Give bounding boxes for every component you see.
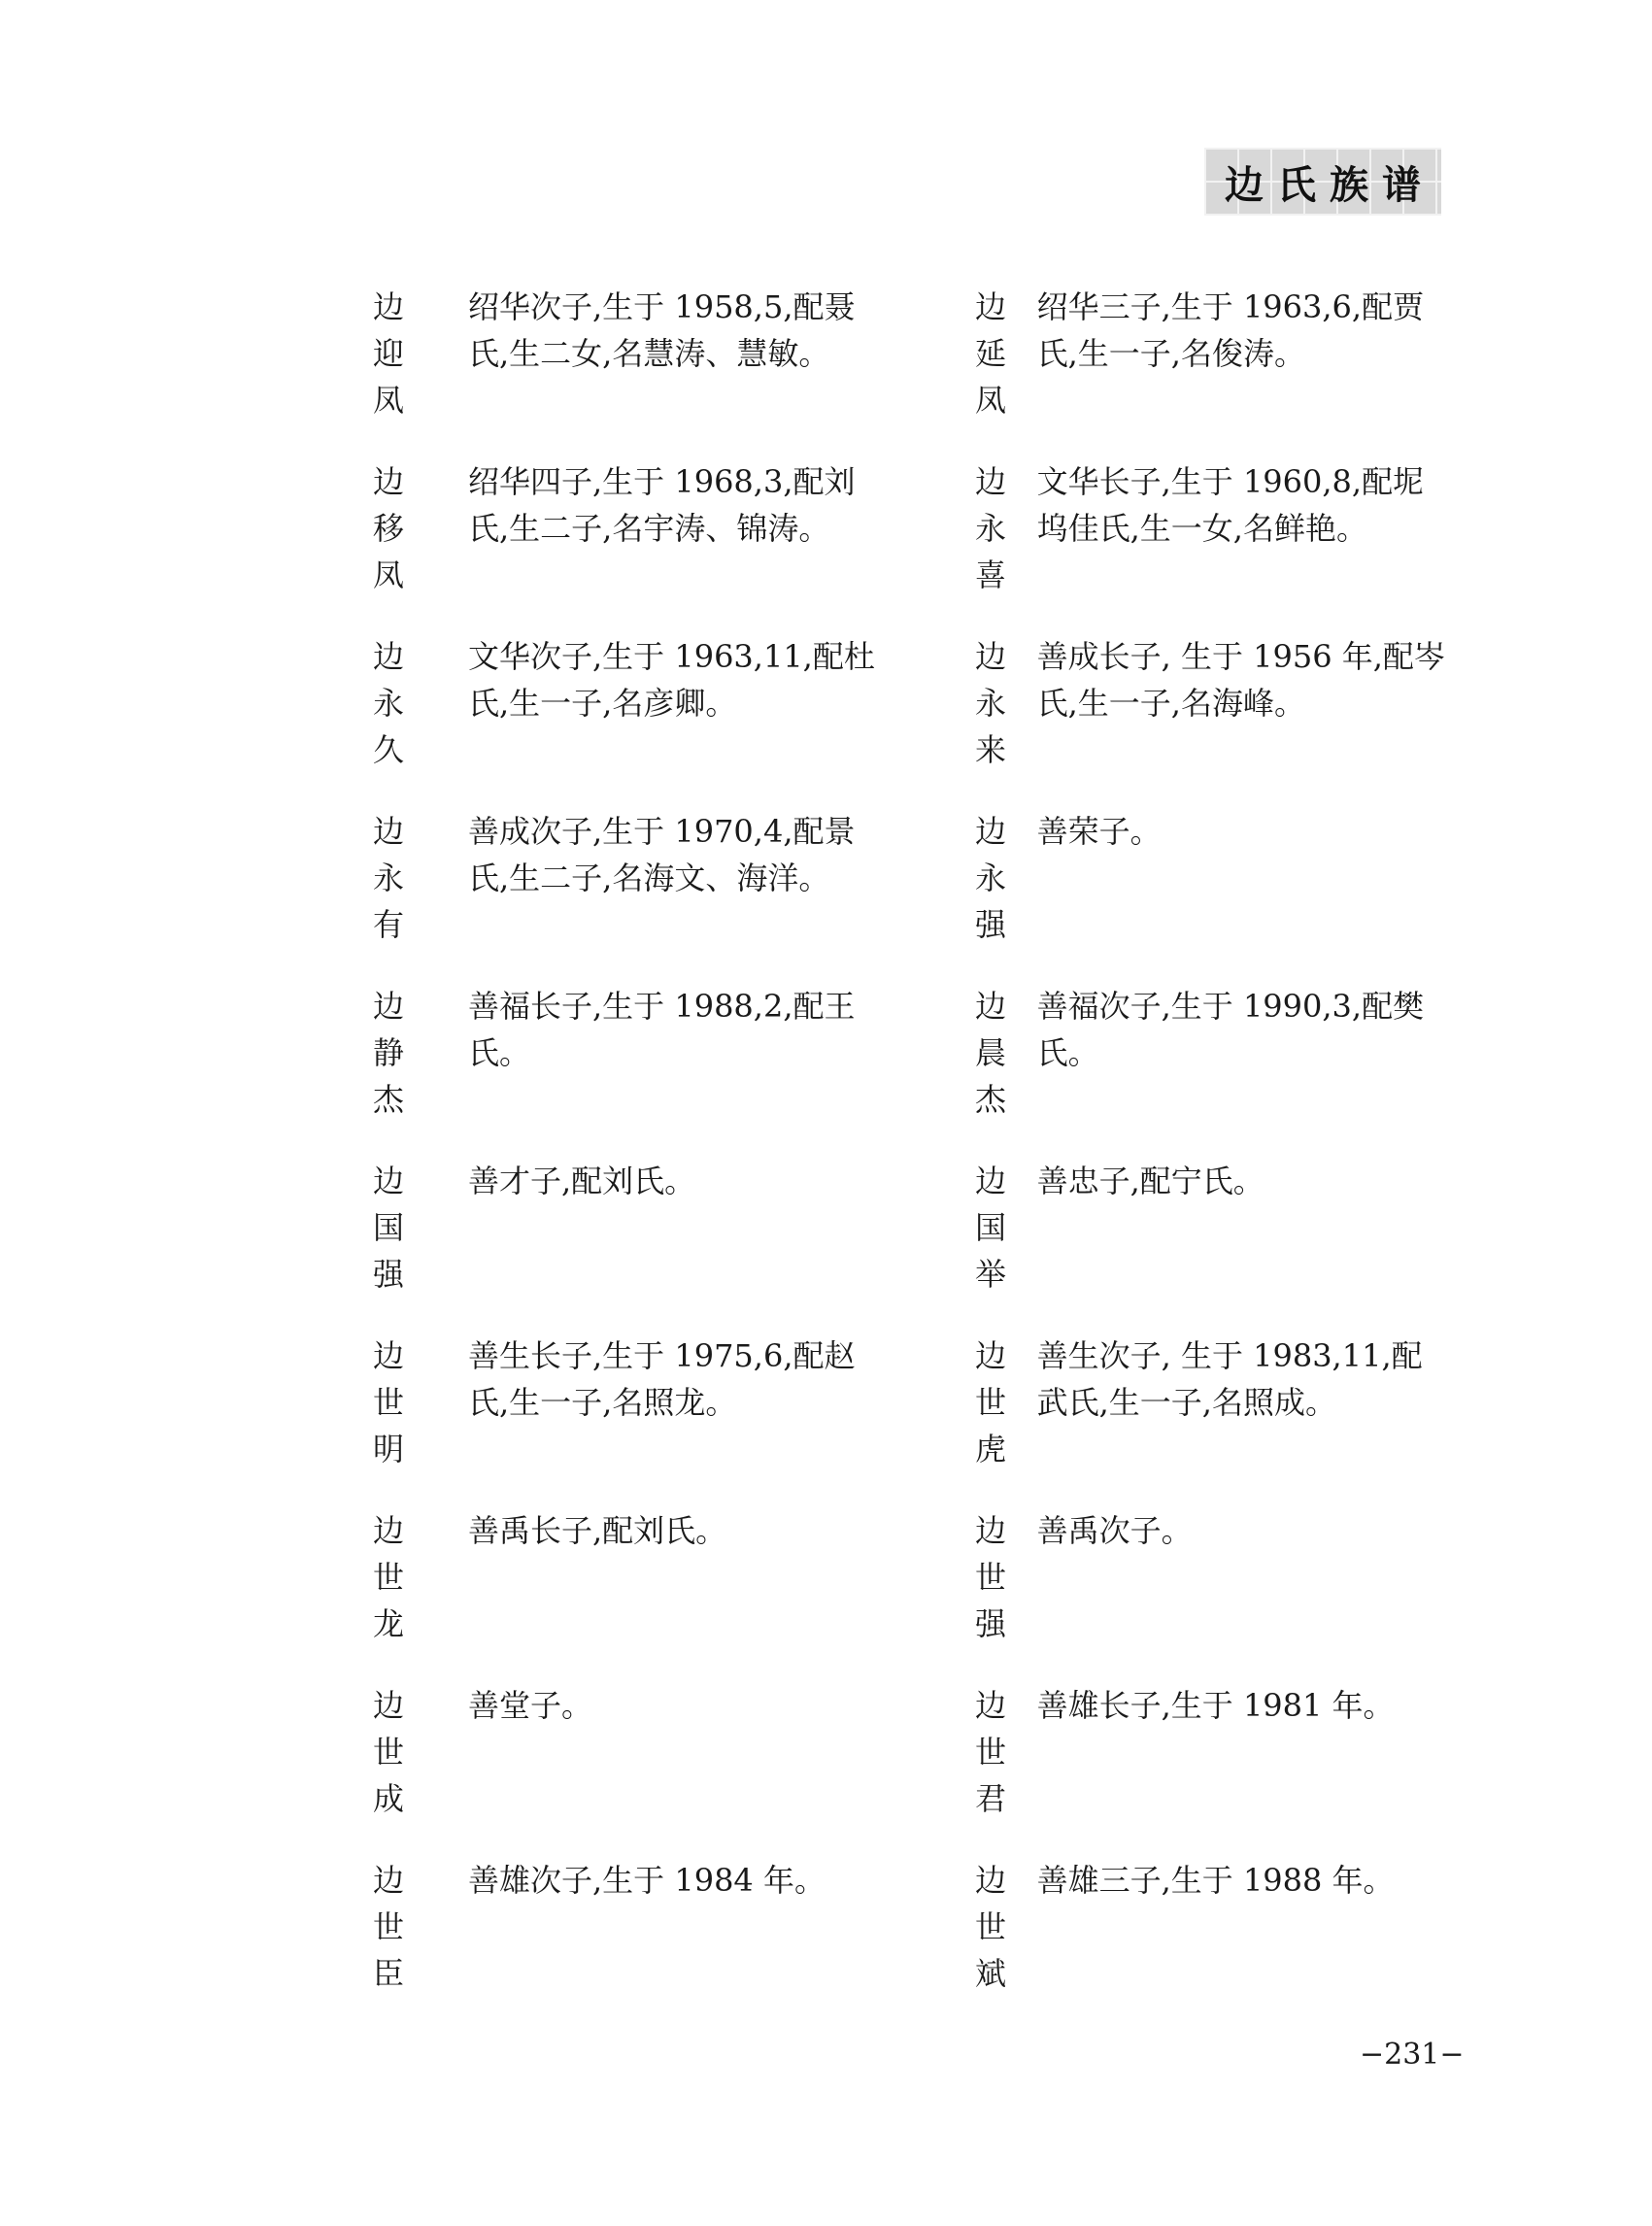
person-name: 边永强: [975, 808, 1022, 983]
name-character: 国: [975, 1204, 1022, 1251]
genealogy-entry: 边国强善才子,配刘氏。: [373, 1158, 975, 1332]
entry-row: 边永久文华次子,生于 1963,11,配杜氏,生一子,名彦卿。边永来善成长子, …: [373, 633, 1451, 808]
name-character: 永: [975, 680, 1022, 726]
name-character: 凤: [975, 377, 1022, 423]
name-character: 边: [373, 633, 420, 680]
genealogy-entry: 边永久文华次子,生于 1963,11,配杜氏,生一子,名彦卿。: [373, 633, 975, 808]
person-name: 边迎凤: [373, 284, 420, 458]
person-description: 绍华次子,生于 1958,5,配聂氏,生二女,名慧涛、慧敏。: [468, 284, 876, 458]
name-character: 边: [373, 1857, 420, 1904]
person-description: 善福长子,生于 1988,2,配王氏。: [468, 983, 876, 1158]
name-character: 边: [975, 983, 1022, 1029]
name-character: 世: [975, 1904, 1022, 1950]
name-character: 边: [975, 284, 1022, 330]
name-character: 喜: [975, 552, 1022, 598]
person-description: 善才子,配刘氏。: [468, 1158, 876, 1332]
person-name: 边静杰: [373, 983, 420, 1158]
person-description: 绍华四子,生于 1968,3,配刘氏,生二子,名宇涛、锦涛。: [468, 458, 876, 633]
genealogy-entry: 边世臣善雄次子,生于 1984 年。: [373, 1857, 975, 2032]
name-character: 凤: [373, 377, 420, 423]
entry-row: 边永有善成次子,生于 1970,4,配景氏,生二子,名海文、海洋。边永强善荣子。: [373, 808, 1451, 983]
name-character: 明: [373, 1426, 420, 1472]
name-character: 边: [373, 1158, 420, 1204]
name-character: 臣: [373, 1950, 420, 1997]
genealogy-entry: 边国举善忠子,配宁氏。: [975, 1158, 1451, 1332]
person-description: 善禹次子。: [1037, 1507, 1451, 1682]
person-name: 边世强: [975, 1507, 1022, 1682]
name-character: 有: [373, 901, 420, 948]
person-description: 善福次子,生于 1990,3,配樊氏。: [1037, 983, 1451, 1158]
name-character: 凤: [373, 552, 420, 598]
entry-row: 边世成善堂子。边世君善雄长子,生于 1981 年。: [373, 1682, 1451, 1857]
genealogy-entry: 边永喜文华长子,生于 1960,8,配坭坞佳氏,生一女,名鲜艳。: [975, 458, 1451, 633]
header-banner: 边氏族谱: [1204, 148, 1441, 216]
name-character: 国: [373, 1204, 420, 1251]
name-character: 晨: [975, 1029, 1022, 1076]
person-name: 边世成: [373, 1682, 420, 1857]
person-description: 善堂子。: [468, 1682, 876, 1857]
person-name: 边世君: [975, 1682, 1022, 1857]
person-description: 善禹长子,配刘氏。: [468, 1507, 876, 1682]
name-character: 世: [975, 1379, 1022, 1426]
name-character: 强: [975, 901, 1022, 948]
genealogy-entry: 边迎凤绍华次子,生于 1958,5,配聂氏,生二女,名慧涛、慧敏。: [373, 284, 975, 458]
name-character: 永: [373, 855, 420, 901]
name-character: 永: [975, 505, 1022, 552]
name-character: 边: [975, 633, 1022, 680]
person-name: 边永喜: [975, 458, 1022, 633]
genealogy-entry: 边世斌善雄三子,生于 1988 年。: [975, 1857, 1451, 2032]
name-character: 延: [975, 330, 1022, 377]
genealogy-entry: 边永强善荣子。: [975, 808, 1451, 983]
page-title: 边氏族谱: [1211, 154, 1434, 210]
person-name: 边世臣: [373, 1857, 420, 2032]
genealogy-entry: 边世明善生长子,生于 1975,6,配赵氏,生一子,名照龙。: [373, 1332, 975, 1507]
name-character: 世: [975, 1554, 1022, 1601]
name-character: 强: [373, 1251, 420, 1298]
name-character: 边: [373, 1682, 420, 1729]
genealogy-entries: 边迎凤绍华次子,生于 1958,5,配聂氏,生二女,名慧涛、慧敏。边延凤绍华三子…: [373, 284, 1451, 2032]
name-character: 杰: [975, 1076, 1022, 1123]
genealogy-entry: 边世强善禹次子。: [975, 1507, 1451, 1682]
entry-row: 边静杰善福长子,生于 1988,2,配王氏。边晨杰善福次子,生于 1990,3,…: [373, 983, 1451, 1158]
person-description: 善生长子,生于 1975,6,配赵氏,生一子,名照龙。: [468, 1332, 876, 1507]
genealogy-entry: 边延凤绍华三子,生于 1963,6,配贾氏,生一子,名俊涛。: [975, 284, 1451, 458]
genealogy-entry: 边世君善雄长子,生于 1981 年。: [975, 1682, 1451, 1857]
entry-row: 边世臣善雄次子,生于 1984 年。边世斌善雄三子,生于 1988 年。: [373, 1857, 1451, 2032]
name-character: 永: [975, 855, 1022, 901]
person-description: 善成长子, 生于 1956 年,配岑氏,生一子,名海峰。: [1037, 633, 1451, 808]
entry-row: 边国强善才子,配刘氏。边国举善忠子,配宁氏。: [373, 1158, 1451, 1332]
name-character: 静: [373, 1029, 420, 1076]
person-name: 边晨杰: [975, 983, 1022, 1158]
name-character: 边: [975, 1332, 1022, 1379]
name-character: 边: [373, 1332, 420, 1379]
name-character: 边: [975, 1682, 1022, 1729]
page-number: −231−: [1360, 2038, 1465, 2072]
name-character: 边: [373, 983, 420, 1029]
name-character: 迎: [373, 330, 420, 377]
name-character: 举: [975, 1251, 1022, 1298]
name-character: 强: [975, 1601, 1022, 1647]
name-character: 斌: [975, 1950, 1022, 1997]
name-character: 世: [373, 1729, 420, 1775]
name-character: 龙: [373, 1601, 420, 1647]
entry-row: 边世龙善禹长子,配刘氏。边世强善禹次子。: [373, 1507, 1451, 1682]
person-description: 文华长子,生于 1960,8,配坭坞佳氏,生一女,名鲜艳。: [1037, 458, 1451, 633]
genealogy-entry: 边世成善堂子。: [373, 1682, 975, 1857]
name-character: 移: [373, 505, 420, 552]
person-description: 善雄次子,生于 1984 年。: [468, 1857, 876, 2032]
person-name: 边永有: [373, 808, 420, 983]
genealogy-entry: 边移凤绍华四子,生于 1968,3,配刘氏,生二子,名宇涛、锦涛。: [373, 458, 975, 633]
name-character: 边: [975, 808, 1022, 855]
person-name: 边国举: [975, 1158, 1022, 1332]
person-description: 文华次子,生于 1963,11,配杜氏,生一子,名彦卿。: [468, 633, 876, 808]
name-character: 世: [975, 1729, 1022, 1775]
person-description: 善荣子。: [1037, 808, 1451, 983]
name-character: 永: [373, 680, 420, 726]
name-character: 久: [373, 726, 420, 773]
person-name: 边世斌: [975, 1857, 1022, 2032]
name-character: 世: [373, 1379, 420, 1426]
person-name: 边世龙: [373, 1507, 420, 1682]
person-description: 善生次子, 生于 1983,11,配武氏,生一子,名照成。: [1037, 1332, 1451, 1507]
person-name: 边世明: [373, 1332, 420, 1507]
name-character: 世: [373, 1904, 420, 1950]
name-character: 君: [975, 1775, 1022, 1822]
name-character: 来: [975, 726, 1022, 773]
name-character: 杰: [373, 1076, 420, 1123]
person-description: 绍华三子,生于 1963,6,配贾氏,生一子,名俊涛。: [1037, 284, 1451, 458]
name-character: 边: [975, 1857, 1022, 1904]
name-character: 边: [373, 1507, 420, 1554]
person-name: 边世虎: [975, 1332, 1022, 1507]
name-character: 边: [975, 458, 1022, 505]
person-description: 善雄长子,生于 1981 年。: [1037, 1682, 1451, 1857]
genealogy-entry: 边世龙善禹长子,配刘氏。: [373, 1507, 975, 1682]
genealogy-entry: 边永有善成次子,生于 1970,4,配景氏,生二子,名海文、海洋。: [373, 808, 975, 983]
person-name: 边延凤: [975, 284, 1022, 458]
person-name: 边永来: [975, 633, 1022, 808]
name-character: 虎: [975, 1426, 1022, 1472]
genealogy-entry: 边晨杰善福次子,生于 1990,3,配樊氏。: [975, 983, 1451, 1158]
name-character: 成: [373, 1775, 420, 1822]
entry-row: 边移凤绍华四子,生于 1968,3,配刘氏,生二子,名宇涛、锦涛。边永喜文华长子…: [373, 458, 1451, 633]
person-name: 边国强: [373, 1158, 420, 1332]
name-character: 边: [373, 808, 420, 855]
person-name: 边永久: [373, 633, 420, 808]
name-character: 边: [975, 1507, 1022, 1554]
genealogy-entry: 边永来善成长子, 生于 1956 年,配岑氏,生一子,名海峰。: [975, 633, 1451, 808]
person-description: 善忠子,配宁氏。: [1037, 1158, 1451, 1332]
entry-row: 边迎凤绍华次子,生于 1958,5,配聂氏,生二女,名慧涛、慧敏。边延凤绍华三子…: [373, 284, 1451, 458]
person-description: 善成次子,生于 1970,4,配景氏,生二子,名海文、海洋。: [468, 808, 876, 983]
genealogy-entry: 边静杰善福长子,生于 1988,2,配王氏。: [373, 983, 975, 1158]
name-character: 世: [373, 1554, 420, 1601]
name-character: 边: [373, 458, 420, 505]
name-character: 边: [975, 1158, 1022, 1204]
genealogy-entry: 边世虎善生次子, 生于 1983,11,配武氏,生一子,名照成。: [975, 1332, 1451, 1507]
entry-row: 边世明善生长子,生于 1975,6,配赵氏,生一子,名照龙。边世虎善生次子, 生…: [373, 1332, 1451, 1507]
person-name: 边移凤: [373, 458, 420, 633]
name-character: 边: [373, 284, 420, 330]
person-description: 善雄三子,生于 1988 年。: [1037, 1857, 1451, 2032]
